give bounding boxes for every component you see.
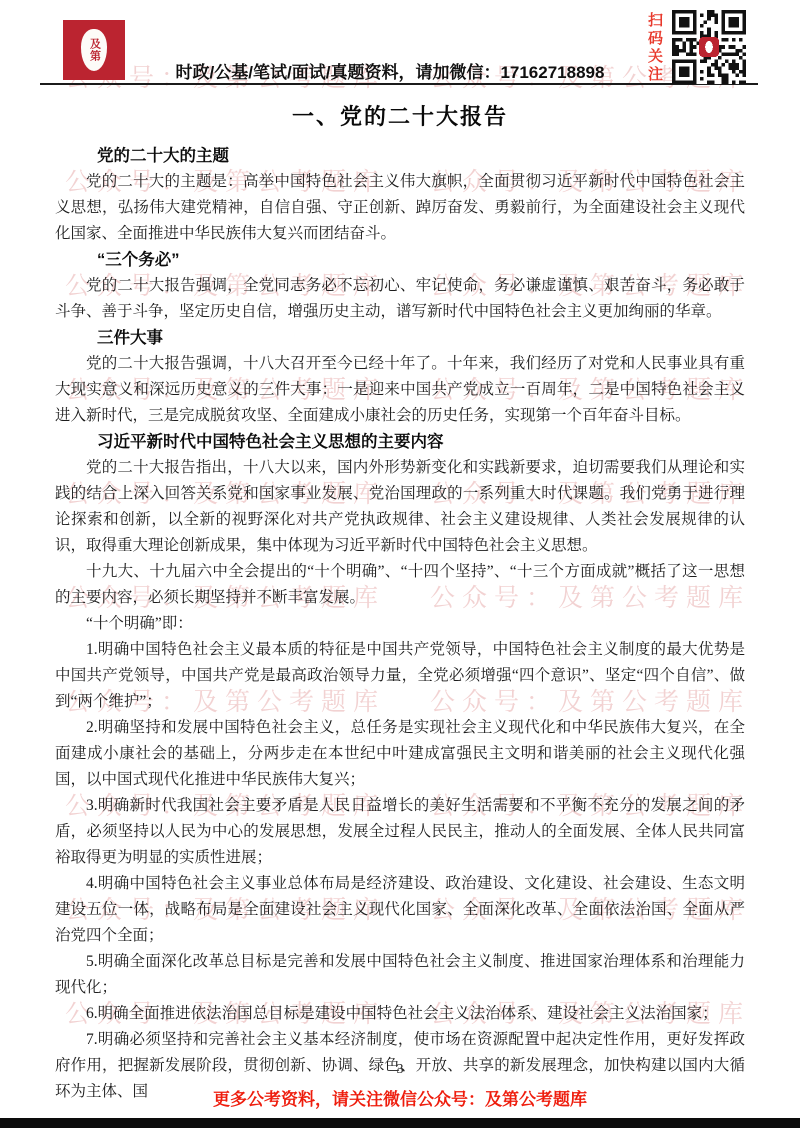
qr-code-icon	[672, 10, 746, 84]
section-heading-theme: 党的二十大的主题	[97, 143, 745, 169]
paragraph: 2.明确坚持和发展中国特色社会主义，总任务是实现社会主义现代化和中华民族伟大复兴…	[55, 715, 745, 793]
paragraph: 4.明确中国特色社会主义事业总体布局是经济建设、政治建设、文化建设、社会建设、生…	[55, 871, 745, 949]
footer-promo-text: 更多公考资料，请关注微信公众号：及第公考题库	[0, 1085, 800, 1110]
paragraph: “十个明确”即：	[55, 611, 745, 637]
section-heading-three-musts: “三个务必”	[97, 247, 745, 273]
document-content: 一、党的二十大报告 党的二十大的主题 党的二十大的主题是：高举中国特色社会主义伟…	[55, 100, 745, 1105]
seal-icon: 及第	[81, 29, 107, 71]
paragraph: 1.明确中国特色社会主义最本质的特征是中国共产党领导，中国特色社会主义制度的最大…	[55, 637, 745, 715]
paragraph: 党的二十大报告强调，全党同志务必不忘初心、牢记使命，务必谦虚谨慎、艰苦奋斗，务必…	[55, 273, 745, 325]
section-heading-main-content: 习近平新时代中国特色社会主义思想的主要内容	[97, 429, 745, 455]
paragraph: 3.明确新时代我国社会主要矛盾是人民日益增长的美好生活需要和不平衡不充分的发展之…	[55, 793, 745, 871]
page-number: 3	[0, 1062, 800, 1078]
paragraph: 党的二十大报告强调，十八大召开至今已经十年了。十年来，我们经历了对党和人民事业具…	[55, 351, 745, 429]
bottom-black-bar	[0, 1118, 800, 1128]
paragraph: 5.明确全面深化改革总目标是完善和发展中国特色社会主义制度、推进国家治理体系和治…	[55, 949, 745, 1001]
paragraph: 十九大、十九届六中全会提出的“十个明确”、“十四个坚持”、“十三个方面成就”概括…	[55, 559, 745, 611]
logo-text: 及第	[89, 38, 100, 62]
page-title: 一、党的二十大报告	[55, 100, 745, 131]
paragraph: 党的二十大的主题是：高举中国特色社会主义伟大旗帜，全面贯彻习近平新时代中国特色社…	[55, 169, 745, 247]
header-contact-text: 时政/公基/笔试/面试/真题资料，请加微信：17162718898	[130, 58, 650, 83]
paragraph: 6.明确全面推进依法治国总目标是建设中国特色社会主义法治体系、建设社会主义法治国…	[55, 1001, 745, 1027]
document-page: 公众号：及第公考题库公众号：及第公考题库公众号：及第公考题库公众号：及第公考题库…	[0, 0, 800, 1132]
brand-logo: 及第	[63, 20, 125, 80]
section-heading-three-events: 三件大事	[97, 325, 745, 351]
qr-code	[672, 10, 746, 84]
scan-follow-label: 扫码关注	[644, 12, 665, 84]
paragraph: 党的二十大报告指出，十八大以来，国内外形势新变化和实践新要求，迫切需要我们从理论…	[55, 455, 745, 559]
